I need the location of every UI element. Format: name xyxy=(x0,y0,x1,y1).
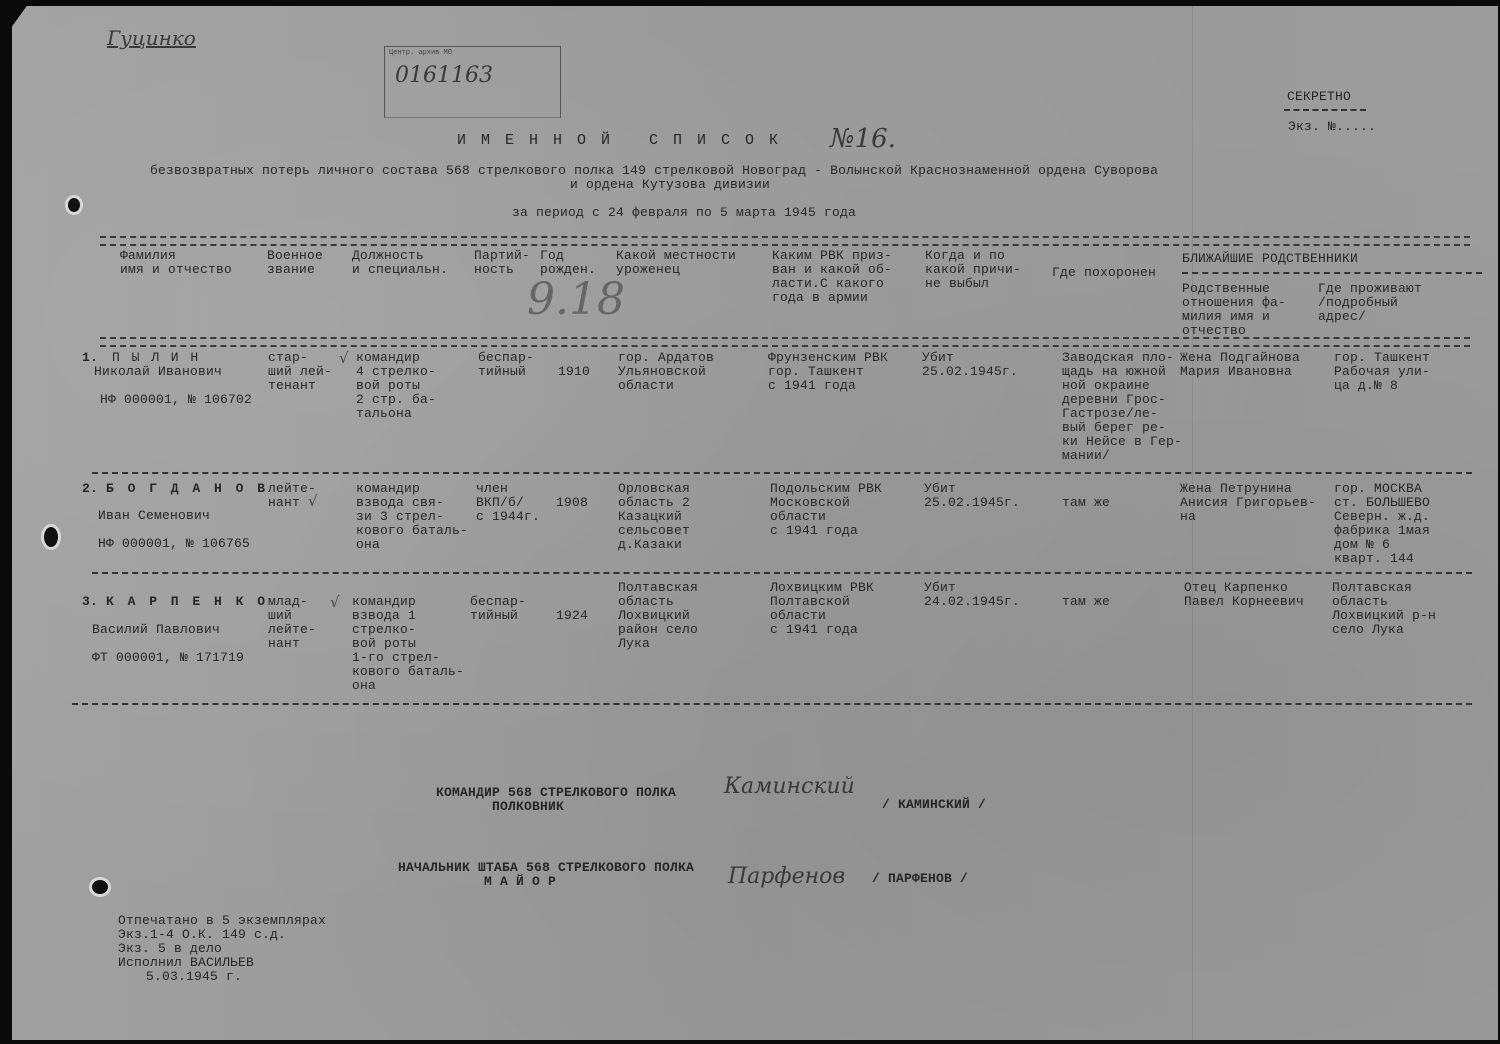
row-given-name: Василий Павлович xyxy=(92,623,220,637)
row-position: командир взвода свя- зи 3 стрел- кового … xyxy=(356,482,468,552)
row-rvk: Фрунзенским РВК гор. Ташкент с 1941 года xyxy=(768,351,888,393)
header-rvk: Каким РВК приз- ван и какой об- ласти.С … xyxy=(772,249,892,305)
row-rank: стар- ший лей- тенант xyxy=(268,351,332,393)
row-divider xyxy=(92,472,1472,474)
row-when-why: Убит 25.02.1945г. xyxy=(922,351,1018,379)
chief-of-staff-title: НАЧАЛЬНИК ШТАБА 568 СТРЕЛКОВОГО ПОЛКА xyxy=(398,861,694,875)
punch-hole xyxy=(92,880,108,894)
row-address: гор. Ташкент Рабочая ули- ца д.№ 8 xyxy=(1334,351,1430,393)
row-party: беспар- тийный xyxy=(478,351,534,379)
row-document-id: ФТ 000001, № 171719 xyxy=(92,651,244,665)
footer-copies-1-4: Экз.1-4 О.К. 149 с.д. xyxy=(118,928,286,942)
row-rvk: Лохвицким РВК Полтавской области с 1941 … xyxy=(770,581,874,637)
row-surname: Б О Г Д А Н О В xyxy=(106,482,268,496)
row-relation: Жена Петрунина Анисия Григорьев- на xyxy=(1180,482,1316,524)
row-born: 1910 xyxy=(558,365,590,379)
commander-rank: ПОЛКОВНИК xyxy=(492,800,564,814)
header-bottom-rule xyxy=(100,337,1470,347)
punch-hole xyxy=(44,527,58,547)
row-divider xyxy=(92,572,1472,574)
header-address: Где проживают /подробный адрес/ xyxy=(1318,282,1422,324)
table-bottom-rule xyxy=(72,703,1472,705)
margin-note: Гуцинко xyxy=(107,26,196,50)
row-number: 3. xyxy=(82,595,98,609)
header-born: Год рожден. xyxy=(540,249,596,277)
list-number: №16. xyxy=(830,124,896,154)
row-surname: П Ы Л И Н xyxy=(112,351,200,365)
row-position: командир 4 стрелко- вой роты 2 стр. ба- … xyxy=(356,351,436,421)
row-origin: Полтавская область Лохвицкий район село … xyxy=(618,581,698,651)
footer-copy-5: Экз. 5 в дело xyxy=(118,942,222,956)
chief-of-staff-name: / ПАРФЕНОВ / xyxy=(872,872,968,886)
row-born: 1924 xyxy=(556,609,588,623)
row-party: член ВКП/б/ с 1944г. xyxy=(476,482,540,524)
row-buried: там же xyxy=(1062,496,1110,510)
row-address: гор. МОСКВА ст. БОЛЬШЕВО Северн. ж.д. фа… xyxy=(1334,482,1430,566)
row-given-name: Иван Семенович xyxy=(98,509,210,523)
header-top-rule xyxy=(100,236,1470,246)
stamp-number: 0161163 xyxy=(395,63,493,88)
header-relatives-group: БЛИЖАЙШИЕ РОДСТВЕННИКИ xyxy=(1182,252,1358,266)
row-party: беспар- тийный xyxy=(470,595,526,623)
chief-of-staff-signature: Парфенов xyxy=(728,864,845,889)
copy-label: Экз. №..... xyxy=(1288,120,1376,134)
commander-title: КОМАНДИР 568 СТРЕЛКОВОГО ПОЛКА xyxy=(436,786,676,800)
row-surname: К А Р П Е Н К О xyxy=(106,595,268,609)
header-position: Должность и специальн. xyxy=(352,249,448,277)
row-rvk: Подольским РВК Московской области с 1941… xyxy=(770,482,882,538)
check-mark-icon: √ xyxy=(339,349,349,367)
row-buried: Заводская пло- щадь на южной ной окраине… xyxy=(1062,351,1182,463)
relatives-divider xyxy=(1182,272,1482,274)
row-rank: млад- ший лейте- нант xyxy=(268,595,316,651)
row-position: командир взвода 1 стрелко- вой роты 1-го… xyxy=(352,595,464,693)
check-mark-icon: √ xyxy=(330,593,340,611)
document-page: Гуцинко Центр. архив МО 0161163 СЕКРЕТНО… xyxy=(12,6,1498,1040)
row-address: Полтавская область Лохвицкий р-н село Лу… xyxy=(1332,581,1436,637)
header-party: Партий- ность xyxy=(474,249,530,277)
row-number: 2. xyxy=(82,482,98,496)
check-mark-icon: √ xyxy=(308,492,318,510)
header-rank: Военное звание xyxy=(267,249,323,277)
row-document-id: НФ 000001, № 106765 xyxy=(98,537,250,551)
row-origin: гор. Ардатов Ульяновской области xyxy=(618,351,714,393)
row-origin: Орловская область 2 Казацкий сельсовет д… xyxy=(618,482,690,552)
chief-of-staff-rank: М А Й О Р xyxy=(484,875,556,889)
header-when-why: Когда и по какой причи- не выбыл xyxy=(925,249,1021,291)
row-when-why: Убит 24.02.1945г. xyxy=(924,581,1020,609)
document-title: ИМЕННОЙ СПИСОК xyxy=(457,134,793,148)
subtitle-line1: безвозвратных потерь личного состава 568… xyxy=(150,164,1158,178)
stamp-header: Центр. архив МО xyxy=(389,49,452,57)
row-relation: Отец Карпенко Павел Корнеевич xyxy=(1184,581,1304,609)
row-when-why: Убит 25.02.1945г. xyxy=(924,482,1020,510)
commander-name: / КАМИНСКИЙ / xyxy=(882,798,986,812)
row-relation: Жена Подгайнова Мария Ивановна xyxy=(1180,351,1300,379)
archive-stamp: Центр. архив МО 0161163 xyxy=(384,46,561,118)
header-origin: Какой местности уроженец xyxy=(616,249,736,277)
fold-crease xyxy=(1192,6,1193,1044)
row-born: 1908 xyxy=(556,496,588,510)
pencil-mark: 9.18 xyxy=(527,274,625,325)
period-line: за период с 24 февраля по 5 марта 1945 г… xyxy=(512,206,856,220)
header-relation: Родственные отношения фа- милия имя и от… xyxy=(1182,282,1286,338)
footer-date: 5.03.1945 г. xyxy=(146,970,242,984)
punch-hole xyxy=(68,198,80,212)
subtitle-line2: и ордена Кутузова дивизии xyxy=(570,178,770,192)
row-number: 1. xyxy=(82,351,98,365)
row-given-name: Николай Иванович xyxy=(94,365,222,379)
header-buried: Где похоронен xyxy=(1052,266,1156,280)
commander-signature: Каминский xyxy=(724,774,855,799)
footer-copies: Отпечатано в 5 экземплярах xyxy=(118,914,326,928)
classification-label: СЕКРЕТНО xyxy=(1287,90,1351,104)
header-name: Фамилия имя и отчество xyxy=(120,249,232,277)
footer-executor: Исполнил ВАСИЛЬЕВ xyxy=(118,956,254,970)
row-document-id: НФ 000001, № 106702 xyxy=(100,393,252,407)
row-buried: там же xyxy=(1062,595,1110,609)
classification-underline xyxy=(1284,109,1366,111)
